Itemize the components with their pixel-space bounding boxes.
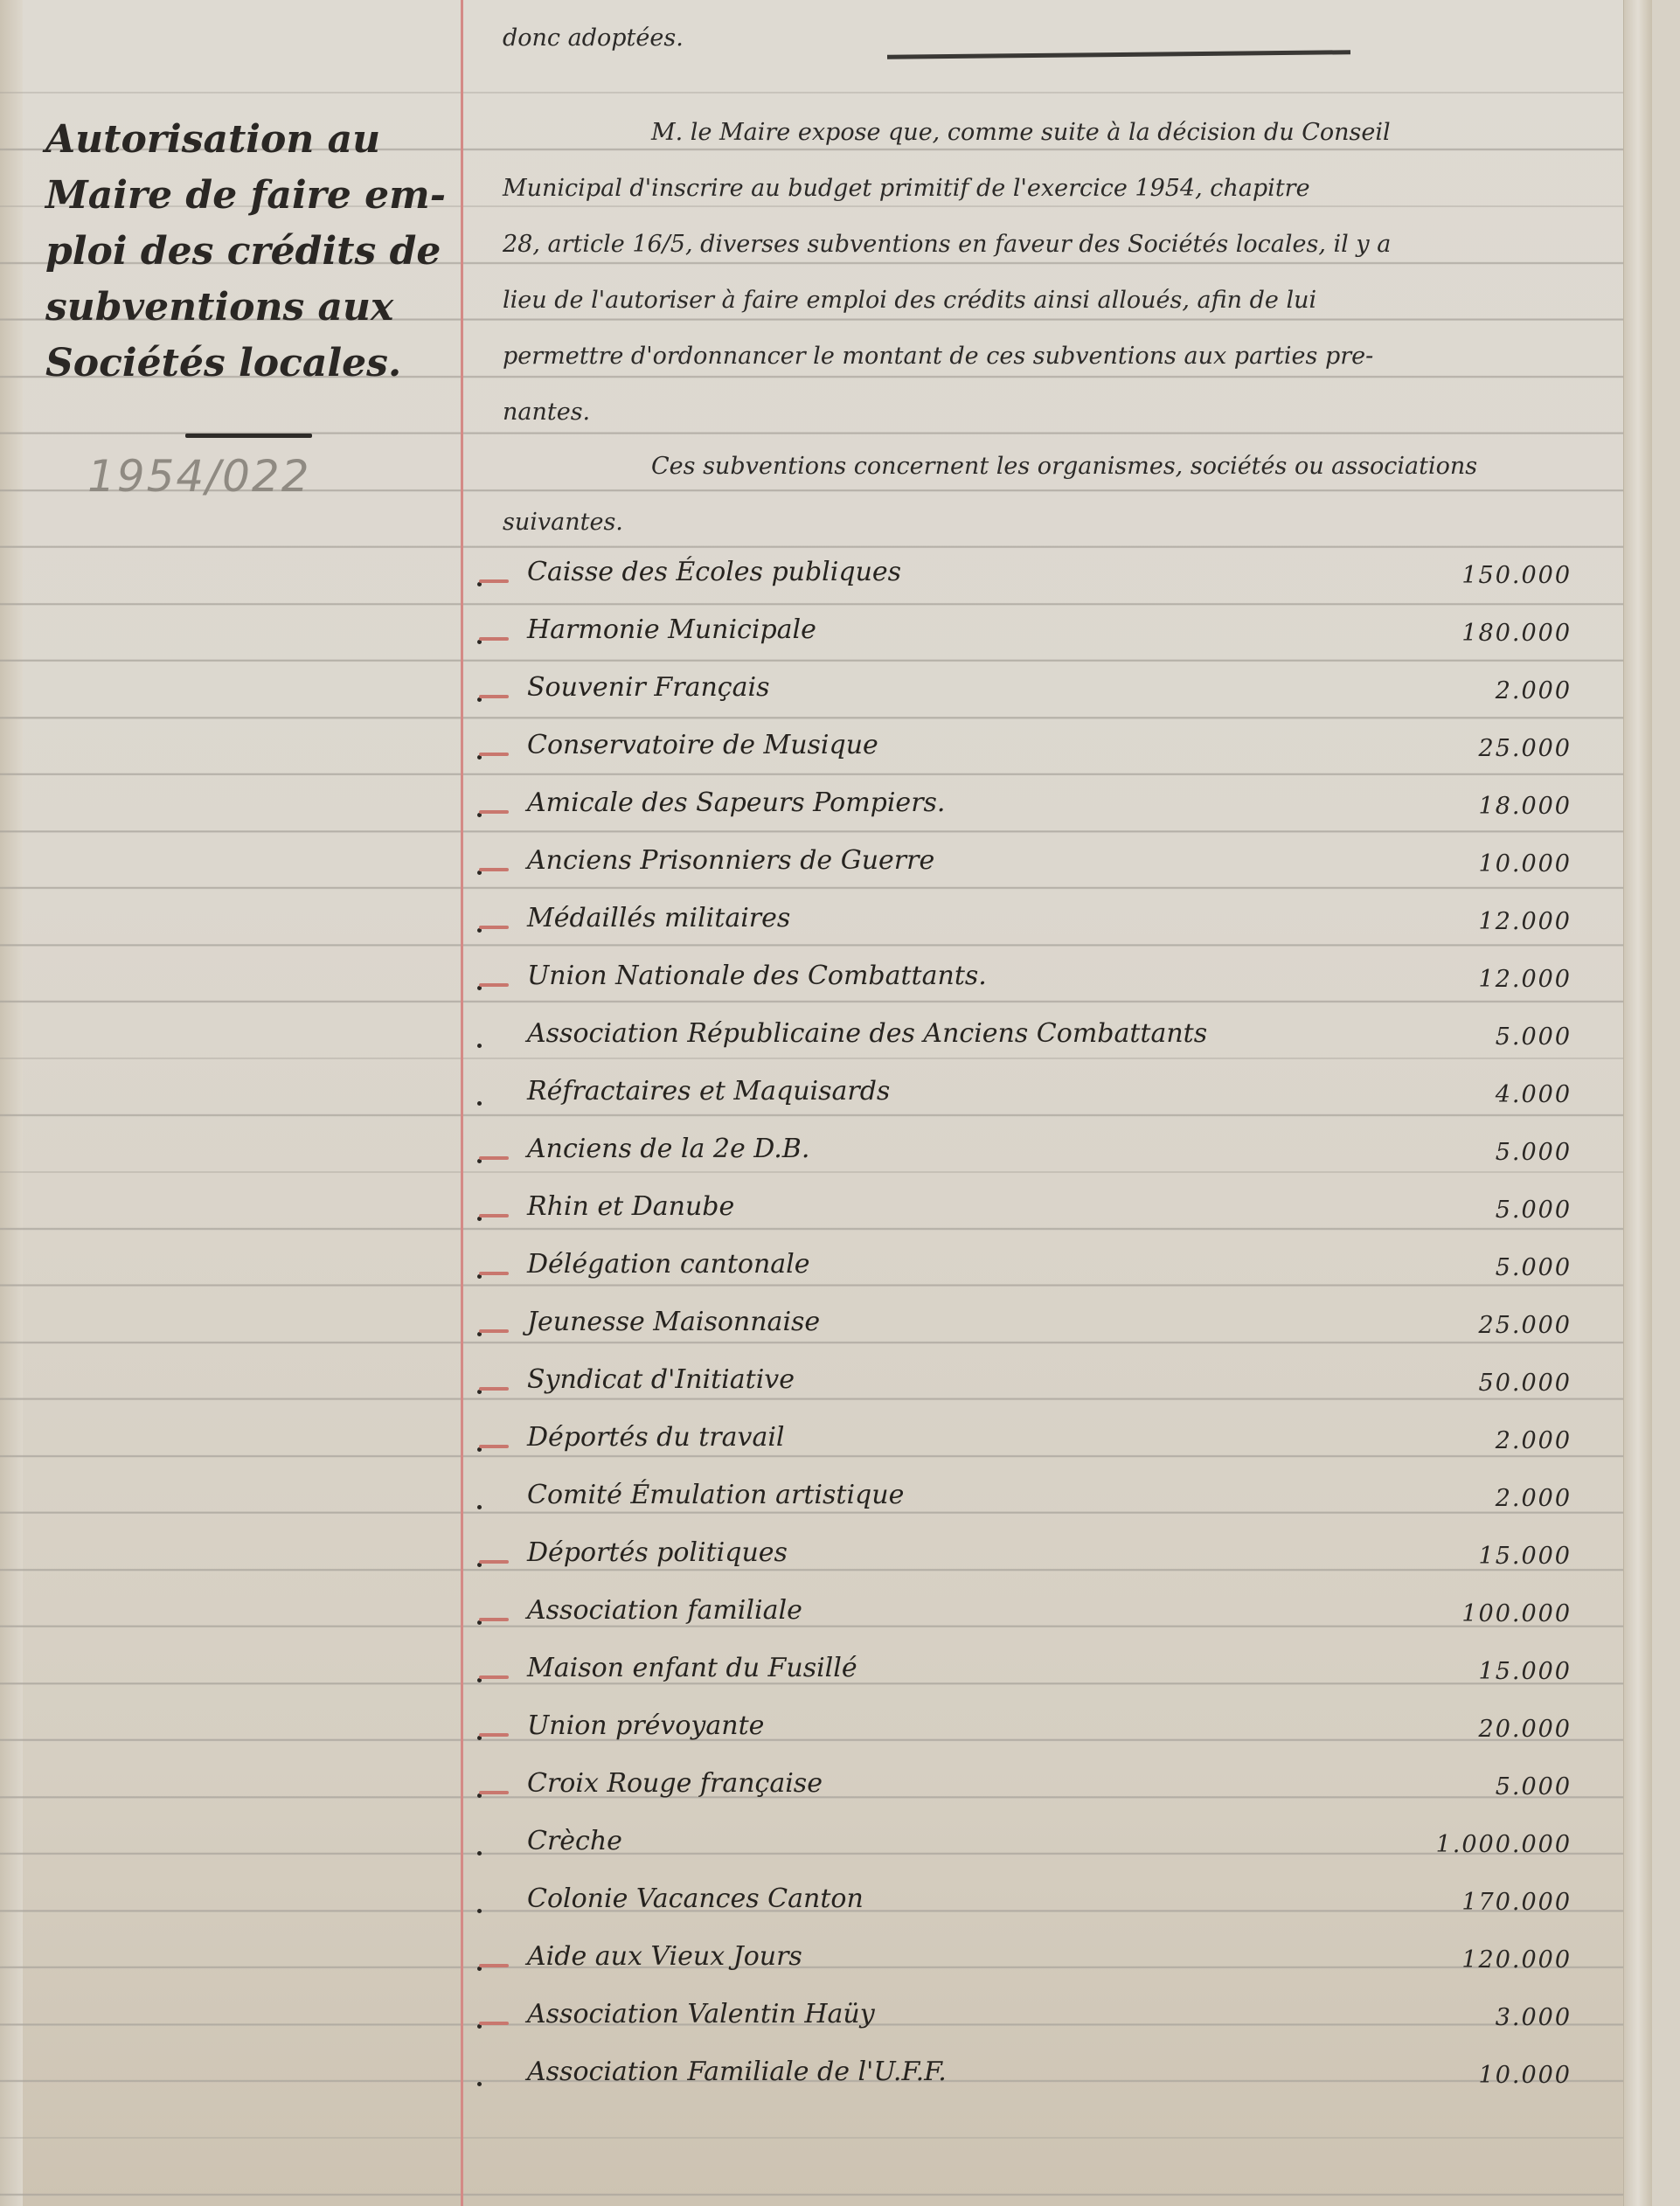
organization-name: Jeunesse Maisonnaise <box>527 1307 820 1337</box>
organization-name: Délégation cantonale <box>527 1249 810 1280</box>
red-dash <box>479 1156 509 1160</box>
subvention-amount: 5.000 <box>1344 1197 1572 1224</box>
list-item: Jeunesse Maisonnaise25.000 <box>479 1303 1572 1361</box>
subvention-amount: 12.000 <box>1344 966 1572 993</box>
page-edge <box>1623 0 1652 2206</box>
red-dash <box>479 1387 509 1391</box>
organization-name: Caisse des Écoles publiques <box>527 557 901 587</box>
subvention-amount: 4.000 <box>1344 1081 1572 1108</box>
list-item: Médaillés militaires12.000 <box>479 899 1572 957</box>
red-dash <box>479 1791 509 1794</box>
subvention-amount: 120.000 <box>1344 1946 1572 1974</box>
list-item: Anciens de la 2e D.B.5.000 <box>479 1130 1572 1188</box>
subvention-amount: 25.000 <box>1344 735 1572 762</box>
red-dash <box>479 1618 509 1621</box>
subvention-amount: 2.000 <box>1344 677 1572 704</box>
list-item: Conservatoire de Musique25.000 <box>479 726 1572 784</box>
red-margin-line <box>461 0 463 2206</box>
paragraph-1: M. le Maire expose que, comme suite à la… <box>503 105 1621 441</box>
subvention-amount: 2.000 <box>1344 1427 1572 1454</box>
bullet-dot <box>477 1909 482 1913</box>
paragraph-line: nantes. <box>503 385 1621 441</box>
organization-name: Réfractaires et Maquisards <box>527 1076 890 1106</box>
organization-name: Comité Émulation artistique <box>527 1480 904 1510</box>
red-dash <box>479 1733 509 1737</box>
organization-name: Médaillés militaires <box>527 903 790 933</box>
list-item: Association Républicaine des Anciens Com… <box>479 1015 1572 1072</box>
list-item: Crèche1.000.000 <box>479 1822 1572 1880</box>
subvention-amount: 180.000 <box>1344 620 1572 647</box>
paragraph-line: permettre d'ordonnancer le montant de ce… <box>503 329 1621 385</box>
subvention-amount: 5.000 <box>1344 1139 1572 1166</box>
bullet-dot <box>477 1505 482 1509</box>
red-dash <box>479 1445 509 1448</box>
organization-name: Harmonie Municipale <box>527 614 816 645</box>
organization-name: Déportés politiques <box>527 1537 788 1568</box>
subventions-list: Caisse des Écoles publiques150.000 Harmo… <box>479 553 1572 2111</box>
list-item: Aide aux Vieux Jours120.000 <box>479 1938 1572 1995</box>
margin-title-line: Maire de faire em- <box>45 168 456 224</box>
red-dash <box>479 637 509 641</box>
paragraph-line: 28, article 16/5, diverses subventions e… <box>503 217 1621 273</box>
organization-name: Croix Rouge française <box>527 1768 823 1799</box>
margin-title-line: subventions aux <box>45 280 456 336</box>
subvention-amount: 15.000 <box>1344 1658 1572 1685</box>
margin-divider <box>185 434 312 438</box>
organization-name: Association familiale <box>527 1595 802 1626</box>
list-item: Association Valentin Haüy3.000 <box>479 1995 1572 2053</box>
list-item: Colonie Vacances Canton170.000 <box>479 1880 1572 1938</box>
list-item: Union prévoyante20.000 <box>479 1707 1572 1765</box>
red-dash <box>479 926 509 929</box>
list-item: Association Familiale de l'U.F.F.10.000 <box>479 2053 1572 2111</box>
subvention-amount: 50.000 <box>1344 1370 1572 1397</box>
red-dash <box>479 1214 509 1217</box>
organization-name: Union prévoyante <box>527 1710 764 1741</box>
margin-title-line: Sociétés locales. <box>45 336 456 392</box>
paragraph-line: Municipal d'inscrire au budget primitif … <box>503 161 1621 217</box>
list-item: Harmonie Municipale180.000 <box>479 611 1572 669</box>
subvention-amount: 150.000 <box>1344 562 1572 589</box>
subvention-amount: 15.000 <box>1344 1543 1572 1570</box>
margin-title-line: Autorisation au <box>45 112 456 168</box>
paragraph-line: lieu de l'autoriser à faire emploi des c… <box>503 273 1621 329</box>
organization-name: Conservatoire de Musique <box>527 730 878 760</box>
list-item: Délégation cantonale5.000 <box>479 1245 1572 1303</box>
organization-name: Rhin et Danube <box>527 1191 734 1222</box>
organization-name: Anciens de la 2e D.B. <box>527 1134 809 1164</box>
organization-name: Déportés du travail <box>527 1422 785 1453</box>
list-item: Réfractaires et Maquisards4.000 <box>479 1072 1572 1130</box>
subvention-amount: 12.000 <box>1344 908 1572 935</box>
red-dash <box>479 1964 509 1967</box>
subvention-amount: 170.000 <box>1344 1889 1572 1916</box>
subvention-amount: 3.000 <box>1344 2004 1572 2031</box>
list-item: Syndicat d'Initiative50.000 <box>479 1361 1572 1419</box>
subvention-amount: 5.000 <box>1344 1773 1572 1800</box>
list-item: Association familiale100.000 <box>479 1592 1572 1649</box>
register-page: Autorisation au Maire de faire em- ploi … <box>0 0 1652 2206</box>
organization-name: Maison enfant du Fusillé <box>527 1653 857 1683</box>
subvention-amount: 5.000 <box>1344 1023 1572 1051</box>
subvention-amount: 5.000 <box>1344 1254 1572 1281</box>
organization-name: Colonie Vacances Canton <box>527 1883 864 1914</box>
red-dash <box>479 868 509 871</box>
list-item: Déportés du travail2.000 <box>479 1419 1572 1476</box>
subvention-amount: 25.000 <box>1344 1312 1572 1339</box>
margin-title: Autorisation au Maire de faire em- ploi … <box>45 112 456 392</box>
red-dash <box>479 695 509 698</box>
organization-name: Union Nationale des Combattants. <box>527 961 987 991</box>
list-item: Croix Rouge française5.000 <box>479 1765 1572 1822</box>
list-item: Anciens Prisonniers de Guerre10.000 <box>479 842 1572 899</box>
organization-name: Anciens Prisonniers de Guerre <box>527 845 934 876</box>
organization-name: Association Républicaine des Anciens Com… <box>527 1018 1207 1049</box>
margin-title-line: ploi des crédits de <box>45 224 456 280</box>
organization-name: Syndicat d'Initiative <box>527 1364 795 1395</box>
paragraph-2: Ces subventions concernent les organisme… <box>503 439 1621 551</box>
subvention-amount: 1.000.000 <box>1344 1831 1572 1858</box>
organization-name: Association Valentin Haüy <box>527 1999 875 2029</box>
list-item: Amicale des Sapeurs Pompiers.18.000 <box>479 784 1572 842</box>
list-item: Union Nationale des Combattants.12.000 <box>479 957 1572 1015</box>
subvention-amount: 10.000 <box>1344 2062 1572 2089</box>
red-dash <box>479 1675 509 1679</box>
previous-entry-end: donc adoptées. <box>503 10 1621 66</box>
organization-name: Association Familiale de l'U.F.F. <box>527 2057 947 2087</box>
organization-name: Souvenir Français <box>527 672 769 703</box>
red-dash <box>479 1329 509 1333</box>
organization-name: Amicale des Sapeurs Pompiers. <box>527 787 945 818</box>
red-dash <box>479 1560 509 1564</box>
red-dash <box>479 753 509 756</box>
organization-name: Aide aux Vieux Jours <box>527 1941 802 1972</box>
list-item: Souvenir Français2.000 <box>479 669 1572 726</box>
red-dash <box>479 810 509 814</box>
paragraph-line: Ces subventions concernent les organisme… <box>503 439 1621 495</box>
list-item: Caisse des Écoles publiques150.000 <box>479 553 1572 611</box>
subvention-amount: 2.000 <box>1344 1485 1572 1512</box>
bullet-dot <box>477 1044 482 1048</box>
subvention-amount: 20.000 <box>1344 1716 1572 1743</box>
red-dash <box>479 2022 509 2025</box>
bullet-dot <box>477 2082 482 2086</box>
subvention-amount: 18.000 <box>1344 793 1572 820</box>
organization-name: Crèche <box>527 1826 622 1856</box>
bullet-dot <box>477 1851 482 1856</box>
list-item: Maison enfant du Fusillé15.000 <box>479 1649 1572 1707</box>
bullet-dot <box>477 1101 482 1106</box>
list-item: Rhin et Danube5.000 <box>479 1188 1572 1245</box>
red-dash <box>479 983 509 987</box>
subvention-amount: 10.000 <box>1344 850 1572 878</box>
red-dash <box>479 579 509 583</box>
paragraph-line: M. le Maire expose que, comme suite à la… <box>503 105 1621 161</box>
paragraph-line: suivantes. <box>503 495 1621 551</box>
subvention-amount: 100.000 <box>1344 1600 1572 1627</box>
archive-reference: 1954/022 <box>87 451 311 502</box>
list-item: Déportés politiques15.000 <box>479 1534 1572 1592</box>
red-dash <box>479 1272 509 1275</box>
list-item: Comité Émulation artistique2.000 <box>479 1476 1572 1534</box>
